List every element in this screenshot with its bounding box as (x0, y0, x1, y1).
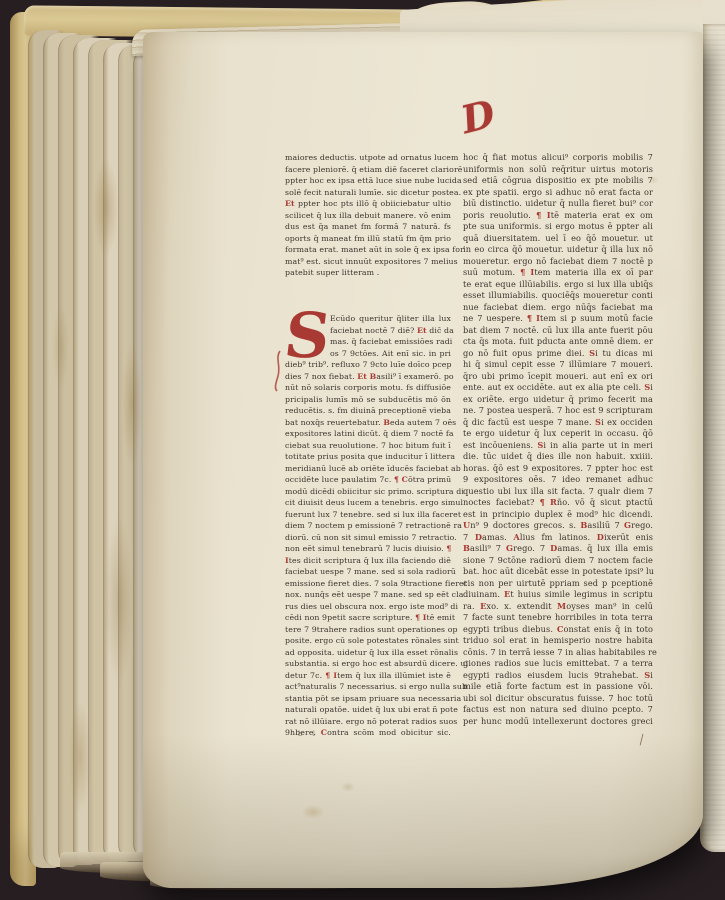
text-line: diuinam. Et huius simile legimus in scri… (463, 589, 653, 601)
text-line: formata erat. manet aūt in sole q̄ ex ip… (285, 244, 451, 256)
text-line: suū motum. ¶ Item materia illa ex oī par (463, 267, 653, 279)
text-line: ex oriēte. ergo uidetur q̄ primo fecerit… (463, 394, 653, 406)
text-line: q̄ro ubi primo īcepit moueri. aut enī ex… (463, 371, 653, 383)
text-line: pricipalis lumīs mō se subducētis mō ōn (285, 394, 451, 406)
text-line: Basili⁹ 7 Grego. 7 Damas. q̄ lux illa em… (463, 543, 653, 555)
red-margin-squiggle-icon (272, 350, 284, 392)
paragraph: SEcūdo queritur q̄liter illa luxfaciebat… (285, 313, 451, 739)
text-line: posite. ergo cū sole potestates rōnales … (285, 635, 451, 647)
text-line: faciebat uespe 7 mane. sed si sola radio… (285, 566, 451, 578)
text-column-right: hoc q̄ fiat motus alicui⁹ corporis mobil… (463, 152, 653, 727)
text-line: 9 expositores oēs. 7 ideo remanet adhuc (463, 474, 653, 486)
text-line: factus est non natura sed diuino pcepto.… (463, 704, 653, 716)
text-line: ne 7 uespere. ¶ Item si p suum motū faci… (463, 313, 653, 325)
text-line: ciebat sua reuolutione. 7 hoc bitum fuit… (285, 440, 451, 452)
text-line: te ergo uidetur q̄ lux ceperit in occasu… (463, 428, 653, 440)
text-line: ne. 7 postea uesperā. 7 hoc est 9 script… (463, 405, 653, 417)
text-line: cis non per uirtutē ppriam sed p pceptio… (463, 578, 653, 590)
text-line: biū distinctio. uidetur q̄ nulla fieret … (463, 198, 653, 210)
text-line: ppter hoc ex ipsa ettā luce siue nube lu… (285, 175, 451, 187)
text-line: die. tūc uidet q̄ dies ille non habuit. … (463, 451, 653, 463)
text-line: tere 7 9trahere radios sunt operationes … (285, 624, 451, 636)
text-line: reducētis. s. fm diuinā preceptionē vieb… (285, 405, 451, 417)
text-line: ente. aut ex occidēte. aut ex alia pte c… (463, 382, 653, 394)
text-line: triduo sol erat in hemisperio nostre hab… (463, 635, 653, 647)
text-line: bat noxq̄s reuertebatur. Beda autem 7 oē… (285, 417, 451, 429)
text-line: pte sua uniformis. si ergo motus ē ppter… (463, 221, 653, 233)
photograph-of-open-incunable: D maiores deductis. utpote ad ornatus lu… (0, 0, 725, 900)
text-line: modū dicēdi obiicitur sic primo. scriptu… (285, 486, 451, 498)
text-line: horas. q̄ō est 9 expositores. 7 ppter ho… (463, 463, 653, 475)
text-line: substantia. si ergo hoc est absurdū dice… (285, 658, 451, 670)
text-line: moueretur. ergo nō faciebat diem 7 noctē… (463, 256, 653, 268)
text-line: occidēte luce paulatim 7c. ¶ Cōtra primū (285, 474, 451, 486)
text-line: patebit super litteram . (285, 267, 451, 279)
text-line: Un⁹ 9 doctores grecos. s. Basiliū 7 Greg… (463, 520, 653, 532)
text-line: rat nō illūiare. ergo nō poterat radios … (285, 716, 451, 728)
text-line: te erat eque illūiabilis. ergo si lux il… (463, 279, 653, 291)
text-line: esset illumiabilis. quociēq̄s moueretur … (463, 290, 653, 302)
text-line: Et ppter hoc pts illō q̄ obiiciebatur ul… (285, 198, 451, 210)
text-line: dies 7 nox fiebat. Et Basili⁹ ī examerō.… (285, 371, 451, 383)
text-line: sione 7 9ctōne radiorū diem 7 noctem fac… (463, 555, 653, 567)
text-line: dus est q̄a manet fm formā 7 naturā. fs (285, 221, 451, 233)
text-line: cit diuisit deus lucem a tenebris. ergo … (285, 497, 451, 509)
text-line: questio ubi lux illa sit facta. 7 qualr … (463, 486, 653, 498)
text-line: in eo circa q̄ō mouetur. uidetur q̄ illa… (463, 244, 653, 256)
text-line: fuerunt lux 7 tenebre. sed si lux illa f… (285, 509, 451, 521)
paragraph: maiores deductis. utpote ad ornatus luce… (285, 152, 451, 279)
text-line: scilicet q̄ lux illa debuit manere. vō e… (285, 210, 451, 222)
text-line: cōnis. 7 in terrā iesse 7 in alias habit… (463, 647, 653, 659)
text-line: rus dies uel obscura nox. ergo iste mod⁹… (285, 601, 451, 613)
text-line: egypti tribus diebus. Constat enis q̄ in… (463, 624, 653, 636)
text-line: go nō fuit opus prime diei. Si tu dicas … (463, 348, 653, 360)
text-line: quā diuersitatem. uel ī eo q̄ō mouetur. … (463, 233, 653, 245)
text-line: stantia pōt se ipsam priuare sua necessa… (285, 693, 451, 705)
ink-marks: b l (298, 730, 319, 738)
text-line: hoc q̄ fiat motus alicui⁹ corporis mobil… (463, 152, 653, 164)
text-line: 7 Damas. Alius fm latinos. Dixerūt enis (463, 532, 653, 544)
rubricated-initial: S (282, 313, 330, 359)
text-line: cēdi non 9petit sacre scripture. ¶ Itē e… (285, 612, 451, 624)
text-line: totitate prius posita que inducitur ī li… (285, 451, 451, 463)
text-line: est in principio duplex ē mod⁹ hic dicen… (463, 509, 653, 521)
text-line: non eēt simul tenebrarū 7 lucis diuisio.… (285, 543, 451, 555)
text-line: cta q̄s mota. fuit pducta ante omnē diem… (463, 336, 653, 348)
text-line: sed etiā cōgrua dispositio ex pte mobili… (463, 175, 653, 187)
text-line: emissione fieret dies. 7 sola 9tractione… (285, 578, 451, 590)
text-line: egypti radios eiusdem lucis 9trahebat. S… (463, 670, 653, 682)
text-column-left: maiores deductis. utpote ad ornatus luce… (285, 152, 451, 739)
text-line: naturali opatōe. uidet q̄ lux ubi erat ñ… (285, 704, 451, 716)
text-line: diem 7 noctem p emissionē 7 retractionē … (285, 520, 451, 532)
text-line: mile etiā forte factum est in passione v… (463, 681, 653, 693)
text-line: Ites dicit scriptura q̄ lux illa faciend… (285, 555, 451, 567)
text-line: hi q̄ simul cepit esse 7 illūmiare 7 mou… (463, 359, 653, 371)
facing-page-edge (700, 24, 725, 852)
text-line: mat⁹ est. sicut innuūt expositores 7 mel… (285, 256, 451, 268)
text-line: noctes faciebat? ¶ Rño. vō q̄ sicut ptac… (463, 497, 653, 509)
text-line: meridianū lucē ab oriēte īducēs faciebat… (285, 463, 451, 475)
text-line: ubi sol dicitur obscuratus fuisse. 7 hoc… (463, 693, 653, 705)
text-line: per hunc modū intellexerunt doctores gre… (463, 716, 653, 728)
text-line: expositores latini dicūt. q̄ diem 7 noct… (285, 428, 451, 440)
text-line: act⁹naturalis 7 necessarius. si ergo nul… (285, 681, 451, 693)
text-line: q̄ dic factū est uespe 7 mane. Si ex occ… (463, 417, 653, 429)
text-line: facere pleniorē. q̄ etiam diē faceret cl… (285, 164, 451, 176)
text-line: bat diem 7 noctē. cū lux illa ante fueri… (463, 325, 653, 337)
text-line: detur 7c. ¶ Item q̄ lux illa illūmiet is… (285, 670, 451, 682)
text-line: ad opposita. uidetur q̄ lux illa esset r… (285, 647, 451, 659)
text-line: 7 facte sunt tenebre horribiles in tota … (463, 612, 653, 624)
text-line: ex pte spatii. ergo si adhuc nō erat fac… (463, 187, 653, 199)
text-line: nue faciebat diem. ergo nūq̄s faciebat m… (463, 302, 653, 314)
text-line: bat. hoc aūt dicebāt esse in potestate i… (463, 566, 653, 578)
text-line: diorū. cū non sit simul emissio 7 retrac… (285, 532, 451, 544)
text-line: poris reuolutio. ¶ Itē materia erat ex o… (463, 210, 653, 222)
text-line: nox. nunq̄s eēt uespe 7 mane. sed sp eēt… (285, 589, 451, 601)
text-line: est incōueniens. Si in alia parte ut in … (463, 440, 653, 452)
text-line: oports q̄ maneat fm illū statū fm q̄m pr… (285, 233, 451, 245)
text-line: maiores deductis. utpote ad ornatus luce… (285, 152, 451, 164)
text-line: giones radios sue lucis emittebat. 7 a t… (463, 658, 653, 670)
text-line: ra. Exo. x. extendit Moyses man⁹ in celū (463, 601, 653, 613)
text-line: uniformis non solū req̄ritur uirtus moto… (463, 164, 653, 176)
text-line: nūt nō solaris corporis motu. fs diffusi… (285, 382, 451, 394)
text-line: solē fecit naturali lumīe. sic dicetur p… (285, 187, 451, 199)
